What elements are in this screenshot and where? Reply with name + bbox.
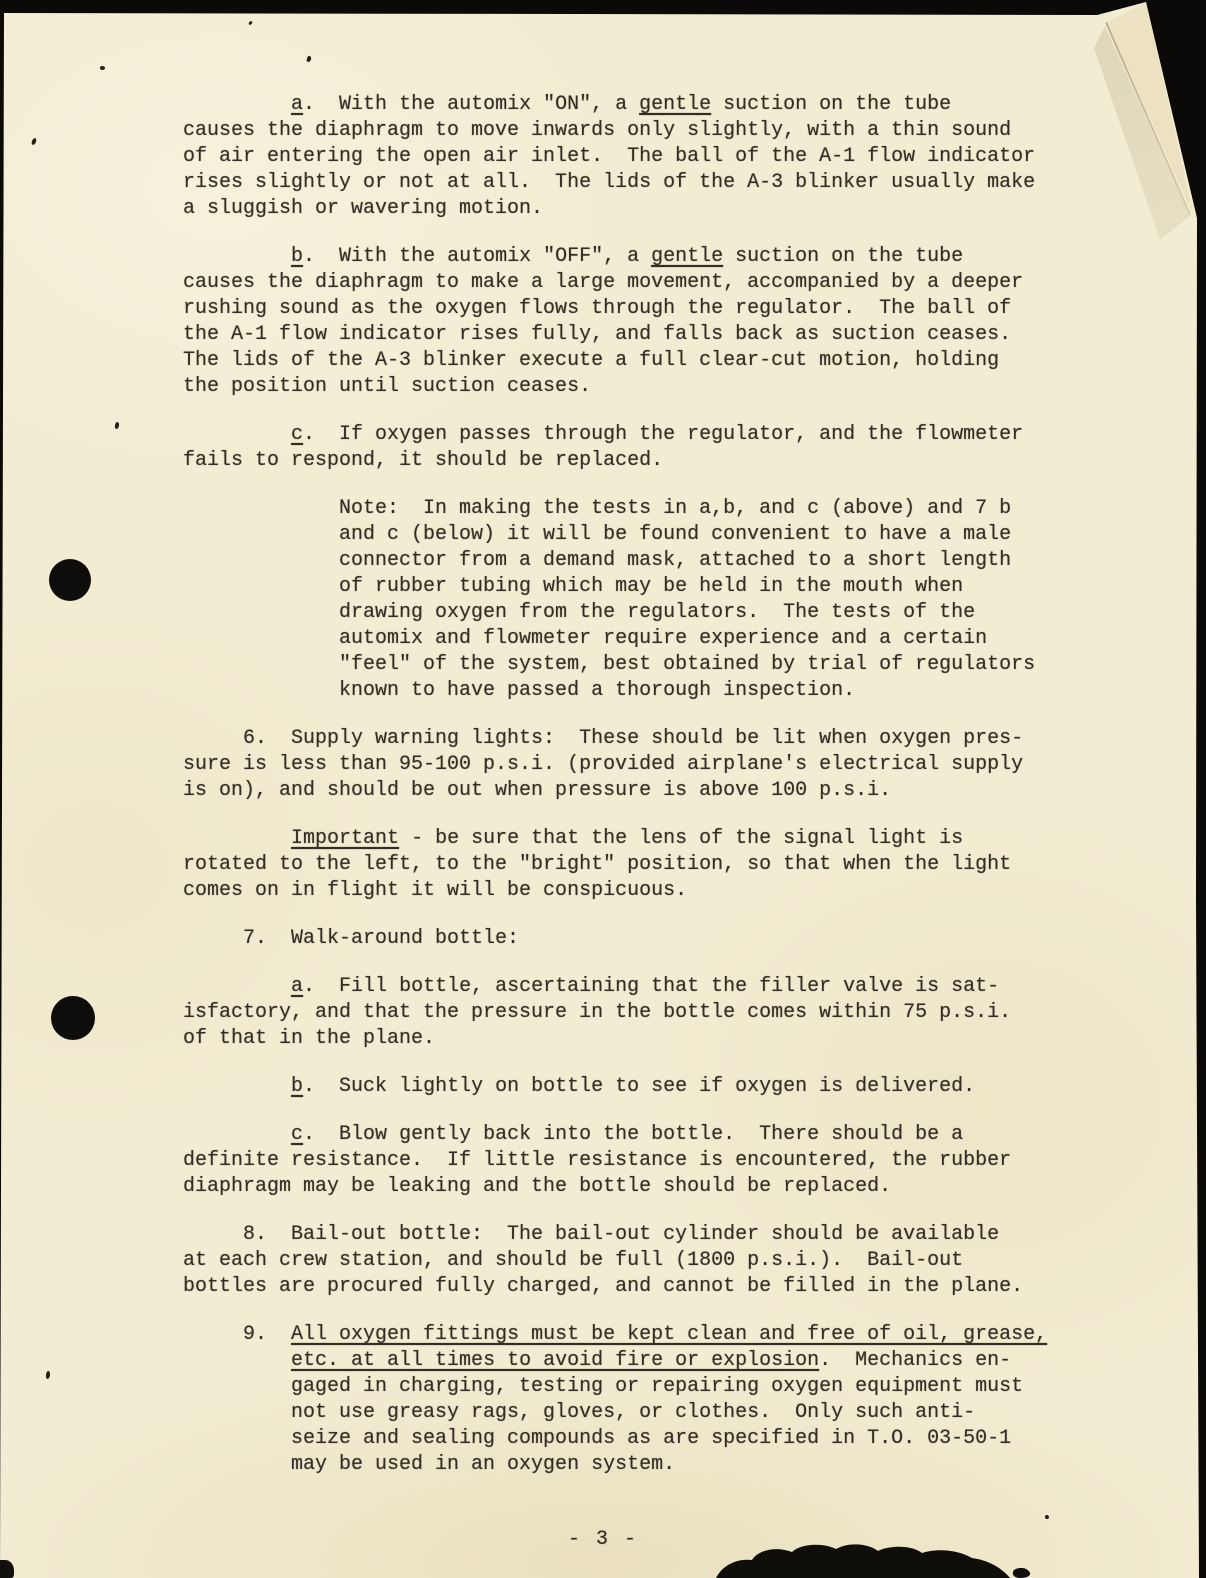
text-line: of that in the plane. bbox=[183, 1026, 1047, 1052]
item-6: 6. Supply warning lights: These should b… bbox=[183, 726, 1047, 804]
paragraph-b: b. With the automix "OFF", a gentle suct… bbox=[183, 244, 1047, 400]
text-line: sure is less than 95-100 p.s.i. (provide… bbox=[183, 752, 1047, 778]
important-note: Important - be sure that the lens of the… bbox=[183, 826, 1047, 904]
text-line: is on), and should be out when pressure … bbox=[183, 778, 1047, 804]
text-line: and c (below) it will be found convenien… bbox=[183, 522, 1047, 548]
paragraph-7c: c. Blow gently back into the bottle. The… bbox=[183, 1122, 1047, 1200]
item-9: 9. All oxygen fittings must be kept clea… bbox=[183, 1322, 1047, 1478]
text-line: rises slightly or not at all. The lids o… bbox=[183, 170, 1047, 196]
text-line: a sluggish or wavering motion. bbox=[183, 196, 1047, 222]
text-line: causes the diaphragm to make a large mov… bbox=[183, 270, 1047, 296]
text-line: a. Fill bottle, ascertaining that the fi… bbox=[183, 974, 1047, 1000]
text-line: b. Suck lightly on bottle to see if oxyg… bbox=[183, 1074, 1047, 1100]
text-line: automix and flowmeter require experience… bbox=[183, 626, 1047, 652]
text-line: bottles are procured fully charged, and … bbox=[183, 1274, 1047, 1300]
text-line: diaphragm may be leaking and the bottle … bbox=[183, 1174, 1047, 1200]
paragraph-a: a. With the automix "ON", a gentle sucti… bbox=[183, 92, 1047, 222]
text-line: of air entering the open air inlet. The … bbox=[183, 144, 1047, 170]
text-line: isfactory, and that the pressure in the … bbox=[183, 1000, 1047, 1026]
text-line: c. If oxygen passes through the regulato… bbox=[183, 422, 1047, 448]
text-line: the A-1 flow indicator rises fully, and … bbox=[183, 322, 1047, 348]
text-line: not use greasy rags, gloves, or clothes.… bbox=[183, 1400, 1047, 1426]
text-line: 6. Supply warning lights: These should b… bbox=[183, 726, 1047, 752]
text-line: connector from a demand mask, attached t… bbox=[183, 548, 1047, 574]
text-line: comes on in flight it will be conspicuou… bbox=[183, 878, 1047, 904]
text-line: Important - be sure that the lens of the… bbox=[183, 826, 1047, 852]
text-line: b. With the automix "OFF", a gentle suct… bbox=[183, 244, 1047, 270]
item-8: 8. Bail-out bottle: The bail-out cylinde… bbox=[183, 1222, 1047, 1300]
text-line: known to have passed a thorough inspecti… bbox=[183, 678, 1047, 704]
text-line: "feel" of the system, best obtained by t… bbox=[183, 652, 1047, 678]
note-block: Note: In making the tests in a,b, and c … bbox=[183, 496, 1047, 704]
paragraph-7b: b. Suck lightly on bottle to see if oxyg… bbox=[183, 1074, 1047, 1100]
text-line: 9. All oxygen fittings must be kept clea… bbox=[183, 1322, 1047, 1348]
text-line: at each crew station, and should be full… bbox=[183, 1248, 1047, 1274]
text-line: drawing oxygen from the regulators. The … bbox=[183, 600, 1047, 626]
text-line: 8. Bail-out bottle: The bail-out cylinde… bbox=[183, 1222, 1047, 1248]
text-line: definite resistance. If little resistanc… bbox=[183, 1148, 1047, 1174]
text-line: c. Blow gently back into the bottle. The… bbox=[183, 1122, 1047, 1148]
text-line: of rubber tubing which may be held in th… bbox=[183, 574, 1047, 600]
text-line: rushing sound as the oxygen flows throug… bbox=[183, 296, 1047, 322]
text-line: seize and sealing compounds as are speci… bbox=[183, 1426, 1047, 1452]
text-line: etc. at all times to avoid fire or explo… bbox=[183, 1348, 1047, 1374]
text-line: the position until suction ceases. bbox=[183, 374, 1047, 400]
text-line: rotated to the left, to the "bright" pos… bbox=[183, 852, 1047, 878]
scanned-page: a. With the automix "ON", a gentle sucti… bbox=[0, 0, 1206, 1578]
text-line: The lids of the A-3 blinker execute a fu… bbox=[183, 348, 1047, 374]
document-body: a. With the automix "ON", a gentle sucti… bbox=[183, 92, 1047, 1500]
paragraph-c: c. If oxygen passes through the regulato… bbox=[183, 422, 1047, 474]
text-line: 7. Walk-around bottle: bbox=[183, 926, 1047, 952]
text-line: a. With the automix "ON", a gentle sucti… bbox=[183, 92, 1047, 118]
paragraph-7a: a. Fill bottle, ascertaining that the fi… bbox=[183, 974, 1047, 1052]
text-line: fails to respond, it should be replaced. bbox=[183, 448, 1047, 474]
text-line: may be used in an oxygen system. bbox=[183, 1452, 1047, 1478]
text-line: causes the diaphragm to move inwards onl… bbox=[183, 118, 1047, 144]
text-line: gaged in charging, testing or repairing … bbox=[183, 1374, 1047, 1400]
page-number: - 3 - bbox=[0, 1528, 1206, 1551]
text-line: Note: In making the tests in a,b, and c … bbox=[183, 496, 1047, 522]
item-7: 7. Walk-around bottle: bbox=[183, 926, 1047, 952]
